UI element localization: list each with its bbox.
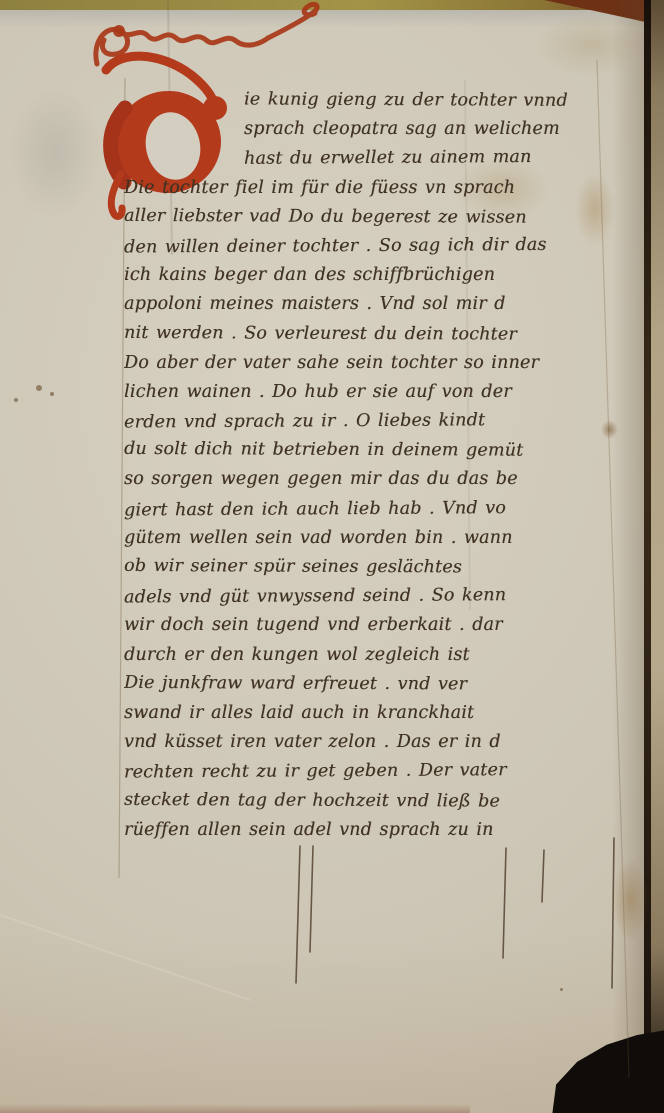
- manuscript-line: lichen wainen . Do hub er sie auf von de…: [124, 378, 618, 407]
- manuscript-photo: D ie kunig gieng zu der tochter vnndspra…: [0, 0, 664, 1113]
- manuscript-line: hast du erwellet zu ainem man: [124, 143, 618, 175]
- manuscript-line: adels vnd güt vnwyssend seind . So kenn: [124, 581, 618, 613]
- ink-speck: [50, 392, 54, 396]
- manuscript-line: durch er den kungen wol zegleich ist: [124, 641, 618, 670]
- manuscript-line: gütem wellen sein vad worden bin . wann: [124, 524, 618, 553]
- gutter-seam: [644, 0, 651, 1113]
- ink-speck: [560, 988, 563, 991]
- manuscript-line: aller liebster vad Do du begerest ze wis…: [124, 202, 618, 233]
- manuscript-line: wir doch sein tugend vnd erberkait . dar: [124, 611, 618, 640]
- manuscript-line: nit werden . So verleurest du dein tocht…: [124, 318, 618, 349]
- manuscript-line: vnd küsset iren vater zelon . Das er in …: [124, 728, 618, 757]
- manuscript-line: sprach cleopatra sag an welichem: [124, 115, 618, 144]
- page-bottom-shadow: [0, 1104, 470, 1113]
- stain: [8, 85, 103, 220]
- crease-line: [0, 915, 250, 1000]
- text-block: ie kunig gieng zu der tochter vnndsprach…: [124, 86, 618, 868]
- manuscript-line: ie kunig gieng zu der tochter vnnd: [124, 86, 618, 116]
- manuscript-line: erden vnd sprach zu ir . O liebes kindt: [124, 406, 618, 438]
- manuscript-line: ich kains beger dan des schiffbrüchigen: [124, 261, 618, 290]
- manuscript-line: rüeffen allen sein adel vnd sprach zu in: [124, 816, 618, 845]
- manuscript-line: Die tochter fiel im für die füess vn spr…: [124, 174, 618, 203]
- manuscript-line: Do aber der vater sahe sein tochter so i…: [124, 349, 618, 378]
- manuscript-line: Die junkfraw ward erfreuet . vnd ver: [124, 669, 618, 700]
- manuscript-line: giert hast den ich auch lieb hab . Vnd v…: [124, 493, 618, 525]
- manuscript-line: swand ir alles laid auch in kranckhait: [124, 699, 618, 728]
- manuscript-line: du solt dich nit betrieben in deinem gem…: [124, 435, 618, 466]
- page-top-edge: [0, 10, 664, 28]
- manuscript-line: den willen deiner tochter . So sag ich d…: [124, 230, 618, 262]
- fore-edge-pages: [651, 0, 664, 1113]
- manuscript-line: appoloni meines maisters . Vnd sol mir d: [124, 290, 618, 319]
- manuscript-line: rechten recht zu ir get geben . Der vate…: [124, 756, 618, 788]
- ink-speck: [14, 398, 18, 402]
- manuscript-line: so sorgen wegen gegen mir das du das be: [124, 465, 618, 494]
- manuscript-line: ob wir seiner spür seines geslächtes: [124, 552, 618, 583]
- manuscript-line: stecket den tag der hochzeit vnd ließ be: [124, 785, 618, 816]
- ink-speck: [36, 385, 42, 391]
